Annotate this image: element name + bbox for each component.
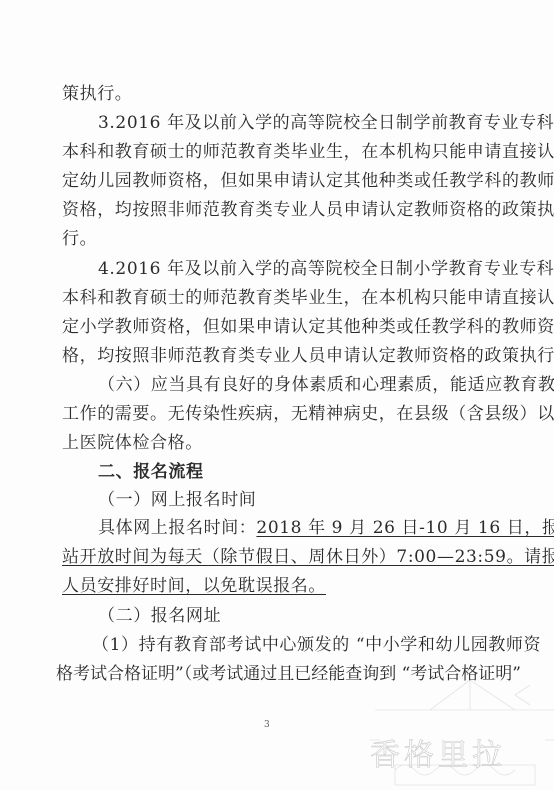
registration-reminder: 人员安排好时间，以免耽误报名。 xyxy=(62,576,326,596)
registration-time-line-1: 具体网上报名时间：2018 年 9 月 26 日-10 月 16 日，报名网 xyxy=(98,518,502,538)
section-heading: 二、报名流程 xyxy=(98,462,502,482)
subheading-registration-time: （一）网上报名时间 xyxy=(98,490,502,510)
registration-open-hours: 站开放时间为每天（除节假日、周休日外）7:00—23:59。请报名 xyxy=(62,547,554,567)
registration-time-line-2: 站开放时间为每天（除节假日、周休日外）7:00—23:59。请报名 xyxy=(62,547,502,567)
text-line: 行。 xyxy=(62,229,502,249)
text-line: 3.2016 年及以前入学的高等院校全日制学前教育专业专科、 xyxy=(98,113,502,133)
text-line: 格，均按照非师范教育类专业人员申请认定教师资格的政策执行。 xyxy=(62,346,502,366)
document-page: 策执行。 3.2016 年及以前入学的高等院校全日制学前教育专业专科、 本科和教… xyxy=(0,0,554,790)
registration-time-label: 具体网上报名时间： xyxy=(98,518,256,538)
text-line: （六）应当具有良好的身体素质和心理素质，能适应教育教学 xyxy=(98,375,502,395)
subheading-registration-url: （二）报名网址 xyxy=(98,606,502,626)
text-line: 定小学教师资格，但如果申请认定其他种类或任教学科的教师资 xyxy=(62,317,502,337)
text-line: 工作的需要。无传染性疾病，无精神病史，在县级（含县级）以 xyxy=(62,404,502,424)
text-line: 资格，均按照非师范教育类专业人员申请认定教师资格的政策执 xyxy=(62,200,502,220)
text-line: 策执行。 xyxy=(62,84,502,104)
item-1-line-1: （1）持有教育部考试中心颁发的 “中小学和幼儿园教师资 xyxy=(92,635,496,655)
page-number: 3 xyxy=(264,720,270,730)
text-line: 定幼儿园教师资格，但如果申请认定其他种类或任教学科的教师 xyxy=(62,171,502,191)
registration-time-dates: 2018 年 9 月 26 日-10 月 16 日，报名网 xyxy=(256,518,554,538)
registration-time-line-3: 人员安排好时间，以免耽误报名。 xyxy=(62,576,502,596)
text-line: 4.2016 年及以前入学的高等院校全日制小学教育专业专科、 xyxy=(98,259,502,279)
text-line: 上医院体检合格。 xyxy=(62,433,502,453)
text-line: 本科和教育硕士的师范教育类毕业生，在本机构只能申请直接认 xyxy=(62,288,502,308)
text-line: 本科和教育硕士的师范教育类毕业生，在本机构只能申请直接认 xyxy=(62,142,502,162)
watermark-text: 香格里拉 xyxy=(370,730,506,774)
